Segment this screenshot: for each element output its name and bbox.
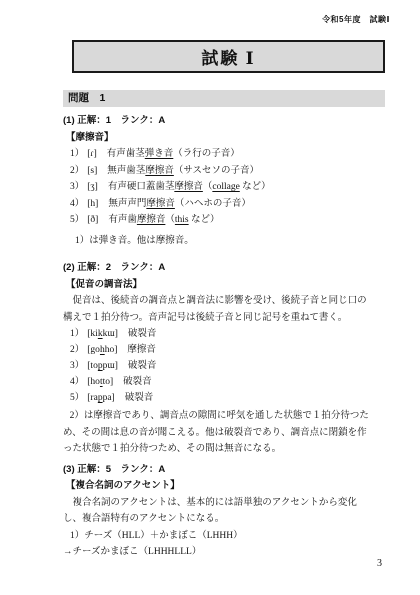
- phonetic-symbol: [ɾ]: [87, 149, 97, 159]
- item-number: 3）: [70, 182, 84, 192]
- item-number: 5）: [70, 393, 84, 403]
- phonetic-transcription: [kikkɯ]: [87, 329, 118, 339]
- phonetic-item: 3）[ʒ]有声硬口蓋歯茎摩擦音（collage など）: [70, 179, 375, 196]
- transcription-part: ho]: [105, 345, 118, 355]
- item-desc-underlined: collage: [212, 182, 239, 192]
- item-desc: など）: [189, 215, 220, 225]
- item-desc-underlined: 弾き音: [145, 149, 174, 159]
- item-desc-underlined: 摩擦音: [146, 199, 175, 209]
- item-desc: 無声声門: [108, 199, 146, 209]
- problem-label: 問題 1: [68, 92, 105, 104]
- item-desc-underlined: this: [175, 215, 189, 225]
- phonetic-item: 1）[ɾ]有声歯茎弾き音（ラ行の子音）: [70, 146, 375, 163]
- topic-label-3: 【複合名詞のアクセント】: [66, 478, 375, 495]
- topic-label-1: 【摩擦音】: [66, 130, 375, 147]
- note-text-1: 1）は弾き音。他は摩擦音。: [75, 233, 375, 250]
- section-1: (1) 正解：1 ランク：A 【摩擦音】 1）[ɾ]有声歯茎弾き音（ラ行の子音）…: [63, 113, 375, 249]
- sokuon-item: 5）[rappa]破裂音: [70, 390, 375, 406]
- exam-title: 試験 Ⅰ: [201, 44, 255, 69]
- item-desc: 無声歯茎: [107, 166, 145, 176]
- phonetic-transcription: [rappa]: [87, 393, 114, 403]
- item-number: 1）: [70, 329, 84, 339]
- phonetic-transcription: [hotto]: [87, 377, 113, 387]
- manner-label: 破裂音: [128, 329, 157, 339]
- item-number: 2）: [70, 345, 84, 355]
- item-desc: 有声歯茎: [107, 149, 145, 159]
- topic-label-2: 【促音の調音法】: [66, 277, 375, 294]
- sokuon-item: 4）[hotto]破裂音: [70, 374, 375, 390]
- accent-example-line: 1）チーズ（HLL）＋かまぼこ（LHHH）: [70, 528, 375, 545]
- answer-heading-1: (1) 正解：1 ランク：A: [63, 113, 375, 130]
- accent-result-line: →チーズかまぼこ（LHHHLLL）: [63, 544, 375, 561]
- phonetic-item: 4）[h]無声声門摩擦音（ハヘホの子音）: [70, 196, 375, 213]
- manner-label: 破裂音: [125, 393, 154, 403]
- item-desc: 有声歯: [108, 215, 137, 225]
- phonetic-item: 5）[ð]有声歯摩擦音（this など）: [70, 212, 375, 229]
- item-desc: （ハヘホの子音）: [175, 199, 251, 209]
- item-desc: （サスセソの子音）: [174, 166, 259, 176]
- phonetic-symbol: [h]: [87, 199, 98, 209]
- page-header: 令和5年度 試験Ⅰ: [322, 14, 390, 25]
- item-number: 4）: [70, 377, 84, 387]
- manner-label: 摩擦音: [127, 345, 156, 355]
- page-number: 3: [377, 558, 382, 569]
- section-3: (3) 正解：5 ランク：A 【複合名詞のアクセント】 複合名詞のアクセントは、…: [63, 462, 375, 561]
- intro-paragraph-3: 複合名詞のアクセントは、基本的には語単独のアクセントから変化し、複合語特有のアク…: [63, 495, 375, 528]
- transcription-part: [ra: [87, 393, 98, 403]
- item-desc-underlined: 摩擦音: [174, 182, 203, 192]
- item-number: 2）: [70, 166, 84, 176]
- exam-title-box: 試験 Ⅰ: [72, 40, 385, 73]
- section-2: (2) 正解：2 ランク：A 【促音の調音法】 促音は、後続音の調音点と調音法に…: [63, 260, 375, 458]
- sokuon-item: 3）[toppɯ]破裂音: [70, 358, 375, 374]
- item-desc-underlined: 摩擦音: [145, 166, 174, 176]
- transcription-part: kɯ]: [103, 329, 118, 339]
- note-paragraph-2: 2）は摩擦音であり、調音点の隙間に呼気を通した状態で１拍分待つため、その間は息の…: [63, 408, 375, 458]
- item-number: 5）: [70, 215, 84, 225]
- item-desc: （: [165, 215, 175, 225]
- transcription-part: pa]: [103, 393, 115, 403]
- phonetic-item: 2）[s]無声歯茎摩擦音（サスセソの子音）: [70, 163, 375, 180]
- content-area: (1) 正解：1 ランク：A 【摩擦音】 1）[ɾ]有声歯茎弾き音（ラ行の子音）…: [63, 113, 375, 561]
- item-desc-underlined: 摩擦音: [137, 215, 166, 225]
- transcription-part: [ki: [87, 329, 98, 339]
- answer-heading-3: (3) 正解：5 ランク：A: [63, 462, 375, 479]
- sokuon-item-list: 1）[kikkɯ]破裂音 2）[gohho]摩擦音 3）[toppɯ]破裂音 4…: [63, 326, 375, 406]
- item-desc: （ラ行の子音）: [173, 149, 240, 159]
- sokuon-item: 1）[kikkɯ]破裂音: [70, 326, 375, 342]
- problem-bar: 問題 1: [63, 90, 385, 107]
- transcription-part: [to: [87, 361, 98, 371]
- phonetic-symbol: [ʒ]: [87, 182, 98, 192]
- document-page: 令和5年度 試験Ⅰ 試験 Ⅰ 問題 1 (1) 正解：1 ランク：A 【摩擦音】…: [0, 0, 420, 595]
- sokuon-item: 2）[gohho]摩擦音: [70, 342, 375, 358]
- item-desc: 有声硬口蓋歯茎: [108, 182, 175, 192]
- item-number: 4）: [70, 199, 84, 209]
- item-number: 3）: [70, 361, 84, 371]
- item-desc: （: [203, 182, 213, 192]
- phonetic-symbol: [s]: [87, 166, 97, 176]
- transcription-part: [ho: [87, 377, 100, 387]
- phonetic-transcription: [gohho]: [87, 345, 117, 355]
- phonetic-symbol: [ð]: [87, 215, 98, 225]
- item-number: 1）: [70, 149, 84, 159]
- item-desc: など）: [240, 182, 271, 192]
- answer-heading-2: (2) 正解：2 ランク：A: [63, 260, 375, 277]
- manner-label: 破裂音: [123, 377, 152, 387]
- intro-paragraph-2: 促音は、後続音の調音点と調音法に影響を受け、後続子音と同じ口の構えで１拍分待つ。…: [63, 293, 375, 326]
- phonetic-transcription: [toppɯ]: [87, 361, 118, 371]
- manner-label: 破裂音: [128, 361, 157, 371]
- transcription-part: pɯ]: [103, 361, 118, 371]
- transcription-part: to]: [103, 377, 114, 387]
- transcription-part: [go: [87, 345, 100, 355]
